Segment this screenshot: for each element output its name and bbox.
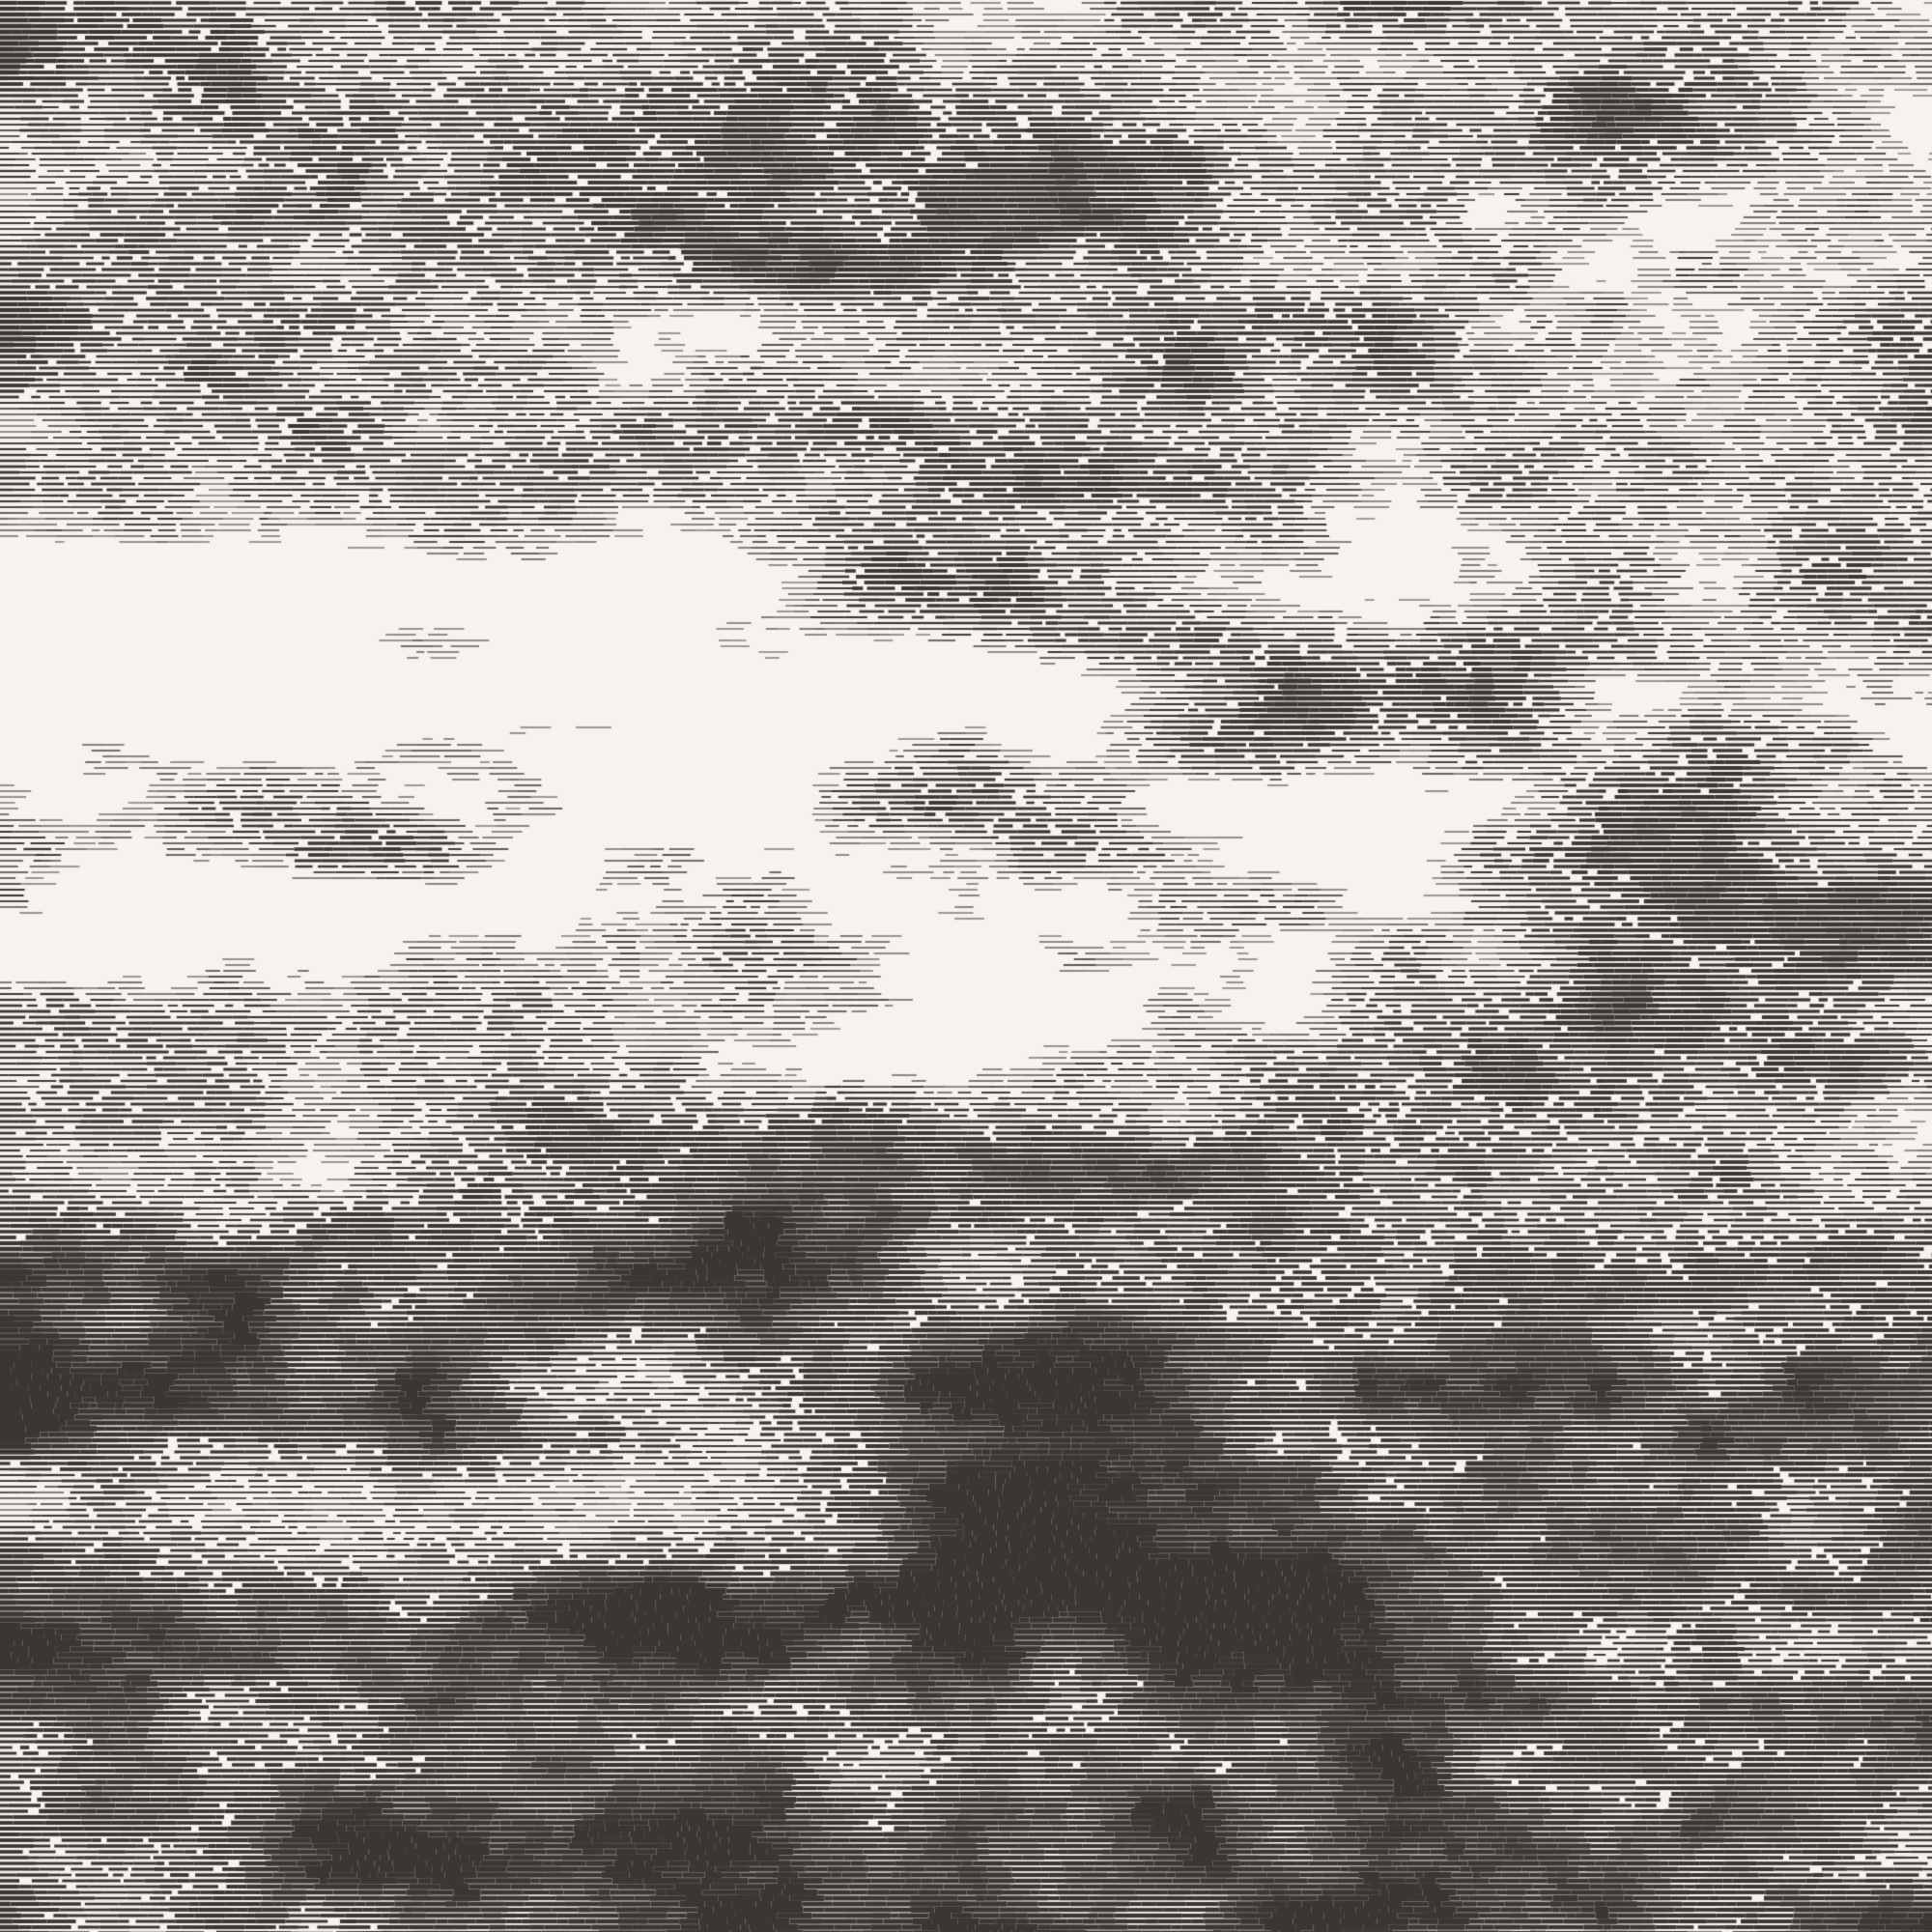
engraving-artwork [0,0,1932,1932]
